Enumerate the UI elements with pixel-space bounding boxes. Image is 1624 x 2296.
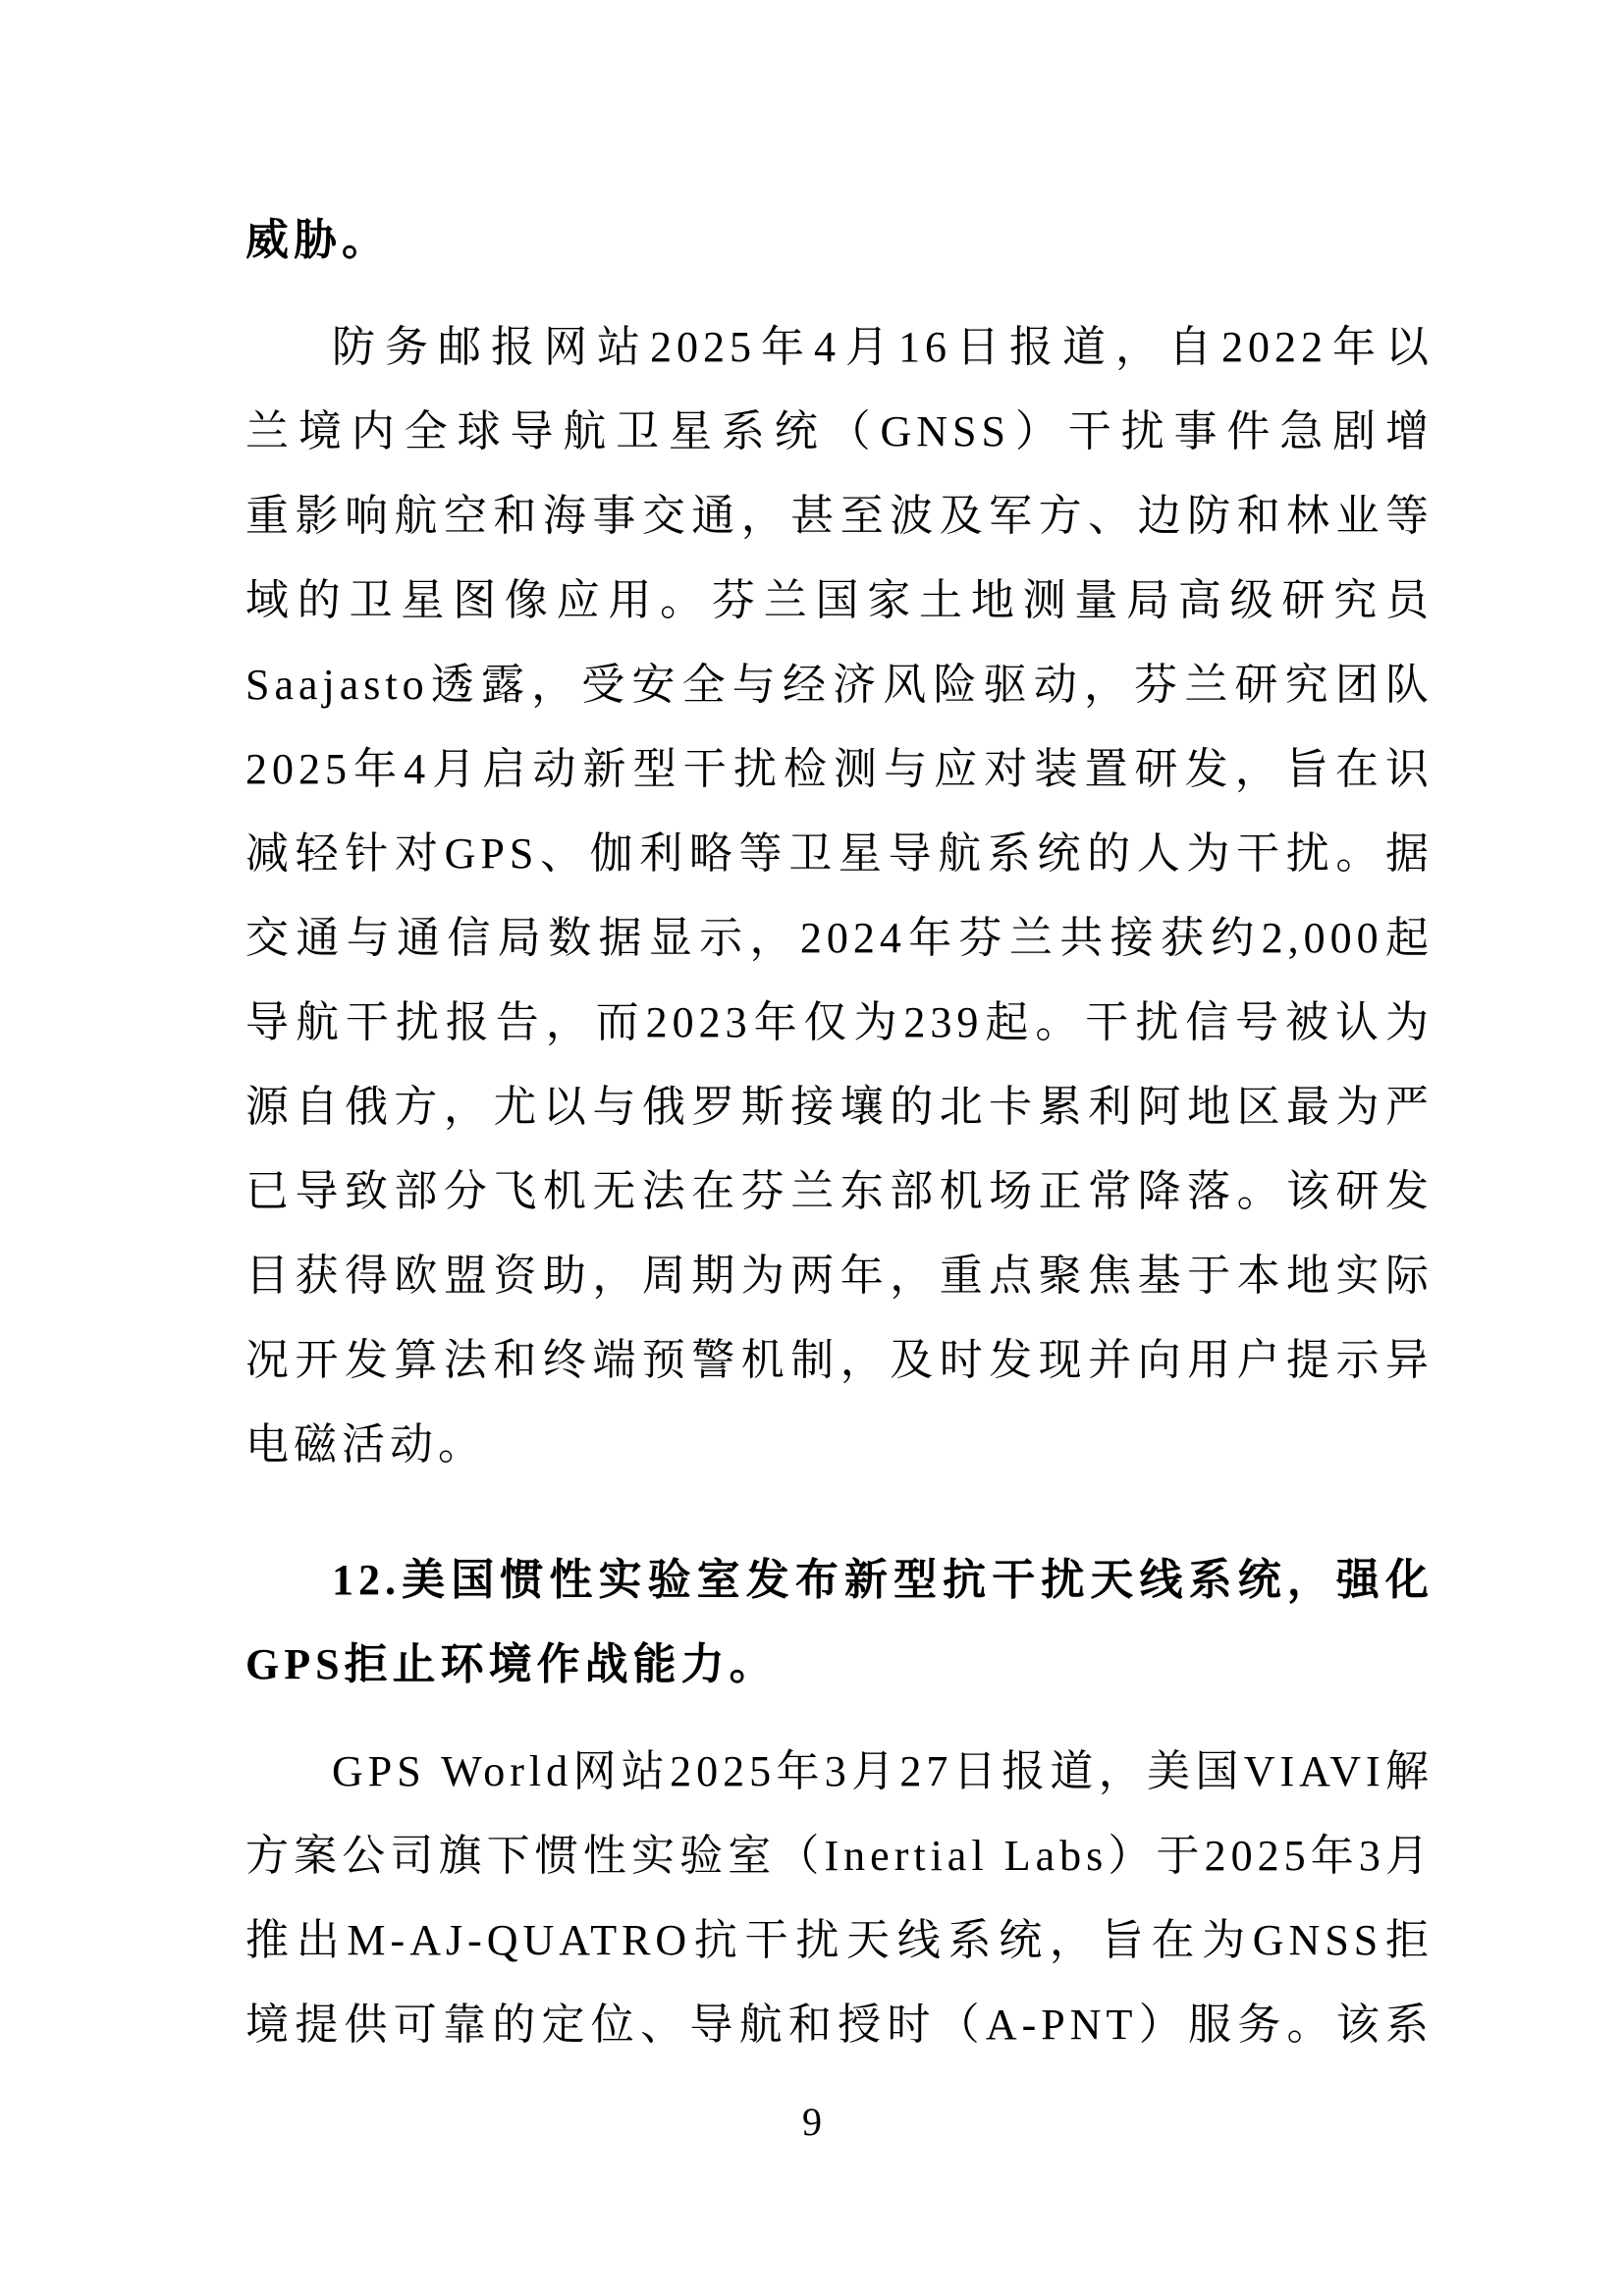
paragraph-finland-gnss-jamming: 防务邮报网站2025年4月16日报道，自2022年以来，芬兰境内全球导航卫星系统… bbox=[245, 305, 1434, 1487]
text-line: 境提供可靠的定位、导航和授时（A-PNT）服务。该系统集 bbox=[245, 1983, 1434, 2067]
document-content: 威胁。防务邮报网站2025年4月16日报道，自2022年以来，芬兰境内全球导航卫… bbox=[245, 198, 1434, 2067]
text-line: 况开发算法和终端预警机制，及时发现并向用户提示异常 bbox=[245, 1318, 1434, 1403]
document-page: 威胁。防务邮报网站2025年4月16日报道，自2022年以来，芬兰境内全球导航卫… bbox=[0, 0, 1624, 2296]
heading-continuation-threat: 威胁。 bbox=[245, 198, 1434, 283]
text-line: 重影响航空和海事交通，甚至波及军方、边防和林业等领 bbox=[245, 474, 1434, 559]
text-line: 源自俄方，尤以与俄罗斯接壤的北卡累利阿地区最为严重， bbox=[245, 1065, 1434, 1149]
text-line: 12.美国惯性实验室发布新型抗干扰天线系统，强化 bbox=[245, 1538, 1434, 1623]
text-line: 目获得欧盟资助，周期为两年，重点聚焦基于本地实际情 bbox=[245, 1234, 1434, 1318]
section-heading-12-inertial-labs: 12.美国惯性实验室发布新型抗干扰天线系统，强化GPS拒止环境作战能力。 bbox=[245, 1538, 1434, 1707]
text-line: 推出M-AJ-QUATRO抗干扰天线系统，旨在为GNSS拒止环 bbox=[245, 1898, 1434, 1983]
text-line: 域的卫星图像应用。芬兰国家土地测量局高级研究员Mika bbox=[245, 559, 1434, 643]
text-line: 方案公司旗下惯性实验室（Inertial Labs）于2025年3月27日 bbox=[245, 1814, 1434, 1898]
text-line: Saajasto透露，受安全与经济风险驱动，芬兰研究团队于 bbox=[245, 643, 1434, 727]
text-line: GPS拒止环境作战能力。 bbox=[245, 1623, 1434, 1707]
paragraph-inertial-labs-antenna: GPS World网站2025年3月27日报道，美国VIAVI解决方案公司旗下惯… bbox=[245, 1730, 1434, 2067]
text-line: 电磁活动。 bbox=[245, 1403, 1434, 1487]
text-line: 导航干扰报告，而2023年仅为239起。干扰信号被认为主要 bbox=[245, 981, 1434, 1065]
text-line: GPS World网站2025年3月27日报道，美国VIAVI解决 bbox=[245, 1730, 1434, 1814]
text-line: 已导致部分飞机无法在芬兰东部机场正常降落。该研发项 bbox=[245, 1149, 1434, 1234]
text-line: 减轻针对GPS、伽利略等卫星导航系统的人为干扰。据芬兰 bbox=[245, 812, 1434, 896]
text-line: 兰境内全球导航卫星系统（GNSS）干扰事件急剧增加，严 bbox=[245, 390, 1434, 474]
text-line: 2025年4月启动新型干扰检测与应对装置研发，旨在识别并 bbox=[245, 727, 1434, 812]
text-line: 交通与通信局数据显示，2024年芬兰共接获约2,000起卫星 bbox=[245, 896, 1434, 981]
text-line: 防务邮报网站2025年4月16日报道，自2022年以来，芬 bbox=[245, 305, 1434, 390]
page-number: 9 bbox=[0, 2099, 1624, 2146]
text-line: 威胁。 bbox=[245, 198, 1434, 283]
